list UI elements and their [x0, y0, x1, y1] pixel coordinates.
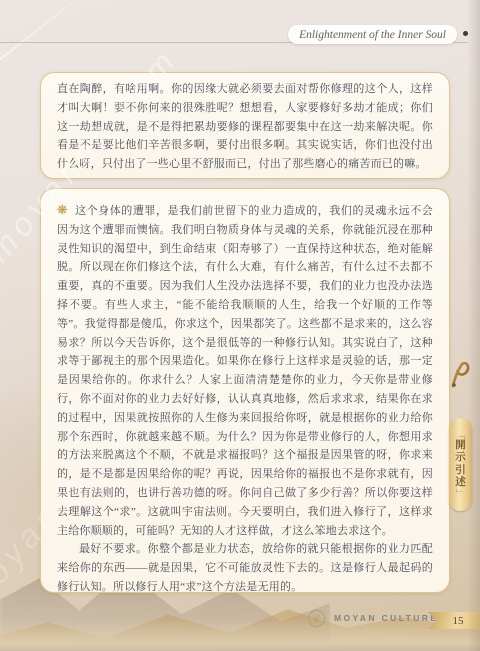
paragraph-closing: 最好不要求。你整个都是业力状态，放给你的就只能根据你的业力匹配来给你的东西——就… [57, 540, 433, 596]
tab-char: 引 [455, 465, 466, 478]
publisher-name: MOYAN CULTURE [334, 613, 438, 623]
text-card-2: ❋这个身体的遭罪，是我们前世留下的业力造成的，我们的灵魂永远不会因为这个遭罪而懊… [40, 188, 450, 593]
paragraph-main: ❋这个身体的遭罪，是我们前世留下的业力造成的，我们的灵魂永远不会因为这个遭罪而懊… [57, 201, 433, 540]
page-number: 15 [445, 615, 464, 627]
tab-char: 示 [455, 452, 466, 465]
page-edge-shadow-right [467, 0, 480, 651]
tab-bracket-open: ﹁ [456, 431, 465, 440]
header-title-pill: Enlightenment of the Inner Soul [288, 25, 457, 44]
page-title: Enlightenment of the Inner Soul [299, 29, 446, 41]
tab-char: 開 [455, 440, 466, 453]
publisher-logo-icon: 米 [308, 610, 325, 627]
logo-glyph: 米 [312, 612, 322, 626]
page-fold-highlight [0, 0, 104, 72]
flower-bullet-icon: ❋ [57, 201, 68, 220]
page-edge-shadow-bottom [0, 643, 480, 651]
paragraph-main-text: 这个身体的遭罪，是我们前世留下的业力造成的，我们的灵魂永远不会因为这个遭罪而懊恼… [57, 205, 433, 537]
paragraph-continued: 直在陶醉，有啥用啊。你的因缘大就必须要去面对帮你修理的这个人，这样才叫大啊！要不… [57, 80, 433, 174]
text-card-1: 直在陶醉，有啥用啊。你的因缘大就必须要去面对帮你修理的这个人，这样才叫大啊！要不… [40, 72, 450, 179]
tab-char: 述 [455, 477, 466, 490]
book-page: moyancn.com moyancn.com Enlightenment of… [0, 0, 480, 651]
tab-bracket-close: ﹂ [456, 490, 465, 499]
